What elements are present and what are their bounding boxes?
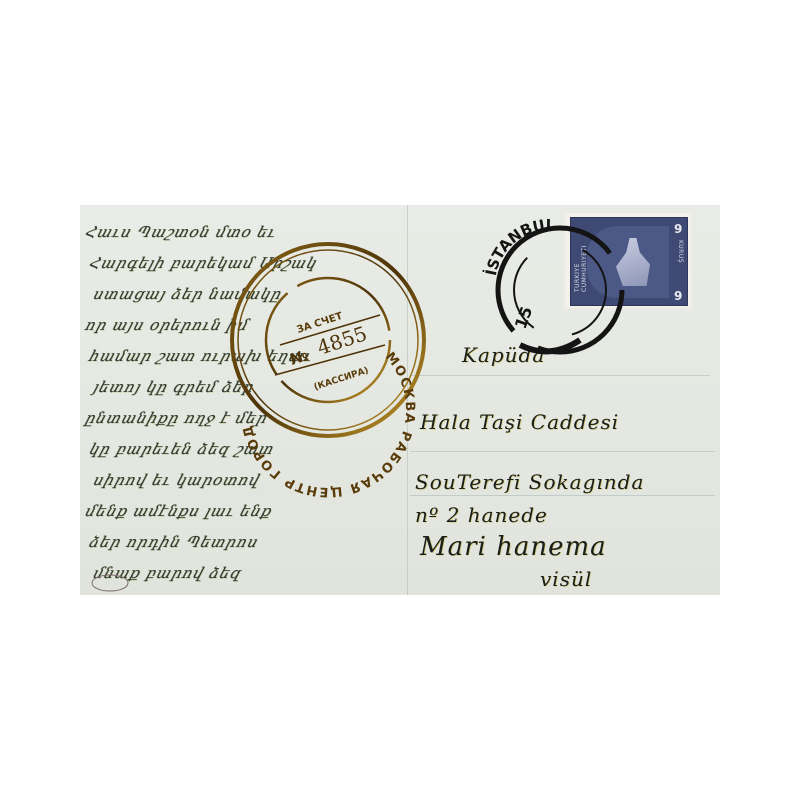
gold-postmark: МОСКВА РАБОЧАЯ ЦЕНТР ГОРОД ЗА СЧЕТ № 485… bbox=[232, 244, 424, 499]
maker-mark-icon bbox=[92, 575, 128, 591]
svg-text:(КАССИРА): (КАССИРА) bbox=[313, 366, 370, 393]
svg-text:МОСКВА РАБОЧАЯ ЦЕНТР ГОРОД: МОСКВА РАБОЧАЯ ЦЕНТР ГОРОД bbox=[240, 350, 417, 500]
svg-text:№: № bbox=[288, 346, 311, 369]
postmarks-overlay: İSTANBUL 15 МОСКВА РАБОЧАЯ ЦЕНТР ГОРОД З… bbox=[80, 205, 720, 595]
cancellation-mark: İSTANBUL 15 bbox=[481, 216, 622, 352]
postcard: Հաւս Պաշտօն մտօ եւՀարգելի բարեկամ Արշակս… bbox=[80, 205, 720, 595]
